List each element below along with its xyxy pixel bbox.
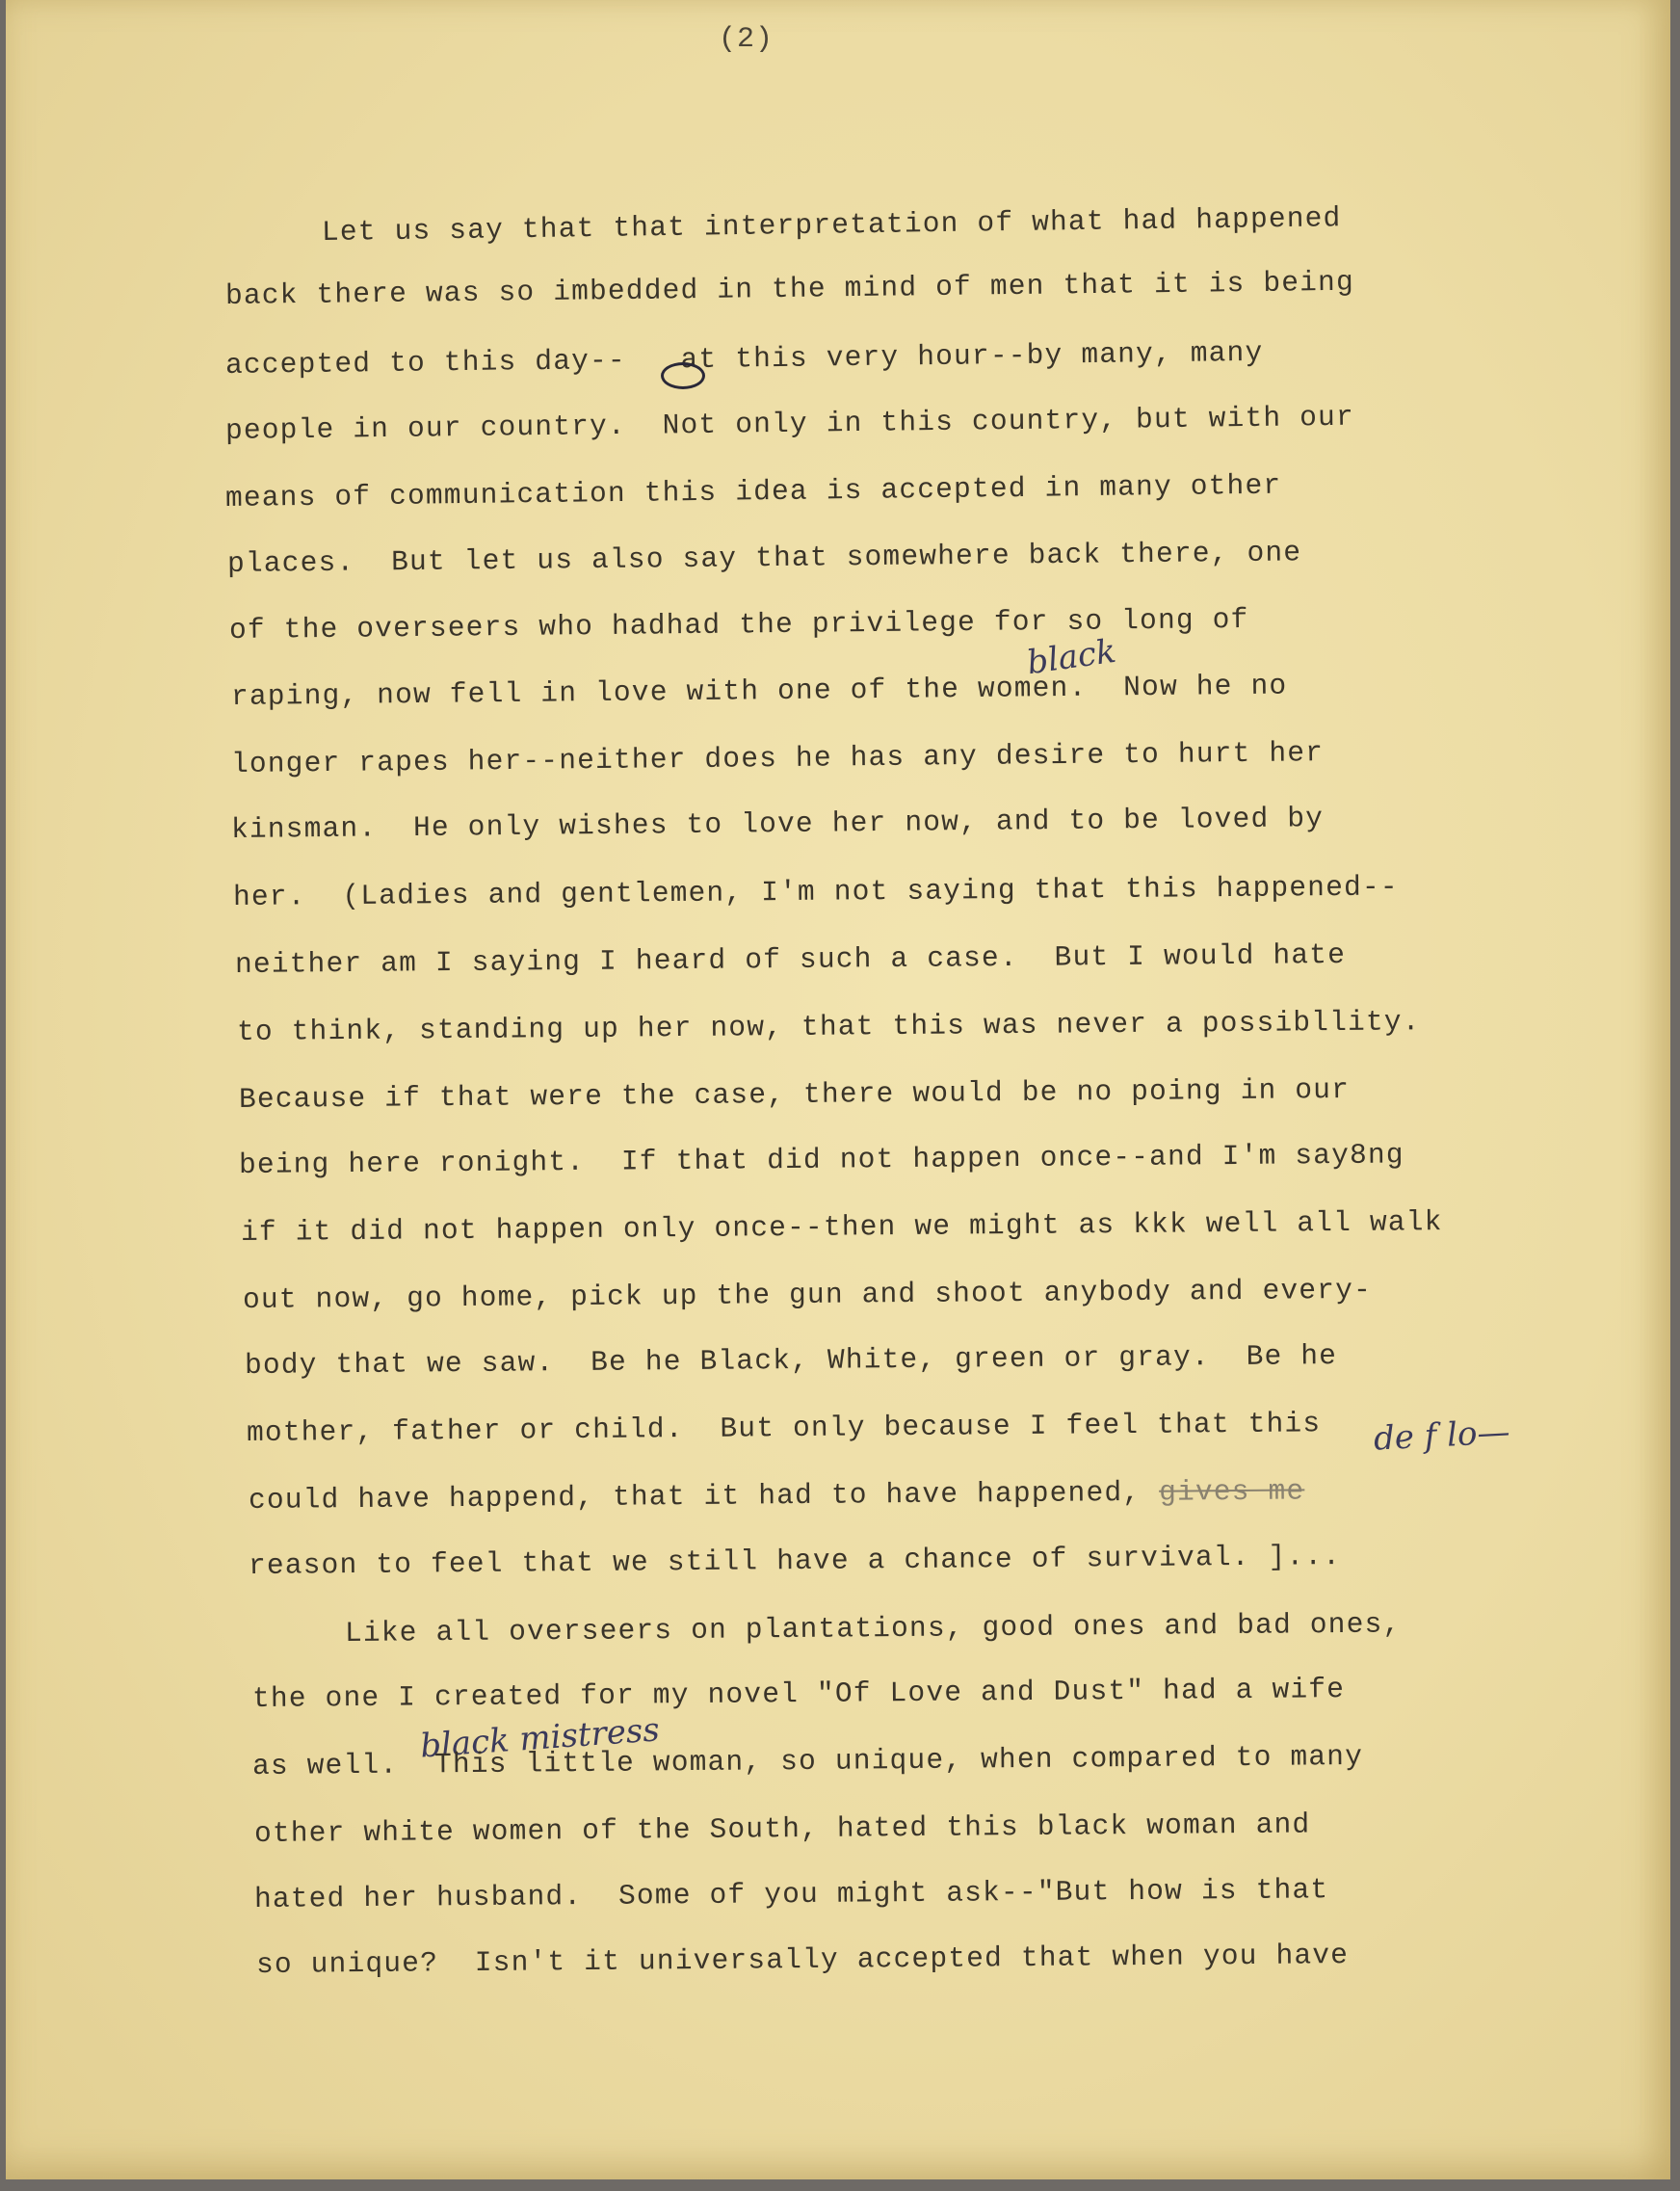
text-line-19: mother, father or child. But only becaus…	[247, 1407, 1322, 1449]
text-line-22: Like all overseers on plantations, good …	[345, 1607, 1402, 1650]
handwritten-margin-annotation: de f lo—	[1373, 1412, 1510, 1458]
text-line-2: back there was so imbedded in the mind o…	[225, 266, 1354, 312]
text-line-9: longer rapes her--neither does he has an…	[231, 736, 1324, 780]
struck-text: gives me	[1159, 1474, 1305, 1508]
text-line-25: other white women of the South, hated th…	[254, 1808, 1311, 1850]
text-line-23: the one I created for my novel "Of Love …	[252, 1673, 1345, 1715]
text-line-15: being here ronight. If that did not happ…	[239, 1138, 1404, 1181]
text-line-11: her. (Ladies and gentlemen, I'm not sayi…	[233, 870, 1399, 913]
text-line-8: raping, now fell in love with one of the…	[231, 670, 1288, 713]
text-line-1: Let us say that that interpretation of w…	[322, 201, 1342, 249]
text-line-12: neither am I saying I heard of such a ca…	[235, 938, 1346, 981]
text-line-13: to think, standing up her now, that this…	[237, 1005, 1421, 1048]
text-line-21: reason to feel that we still have a chan…	[249, 1540, 1341, 1582]
text-line-10: kinsman. He only wishes to love her now,…	[231, 802, 1324, 846]
scribble-mark	[661, 362, 705, 389]
text-line-24: as well. This little woman, so unique, w…	[252, 1740, 1363, 1782]
text-line-27: so unique? Isn't it universally accepted…	[256, 1939, 1349, 1981]
page-number: (2)	[719, 23, 774, 56]
text-line-20-main: could have happend, that it had to have …	[249, 1476, 1159, 1517]
text-line-6: places. But let us also say that somewhe…	[227, 536, 1302, 580]
text-line-4: people in our country. Not only in this …	[225, 401, 1354, 447]
text-line-20: could have happend, that it had to have …	[249, 1474, 1305, 1517]
text-line-26: hated her husband. Some of you might ask…	[254, 1873, 1329, 1915]
text-line-14: Because if that were the case, there wou…	[239, 1073, 1350, 1116]
text-line-18: body that we saw. Be he Black, White, gr…	[245, 1339, 1337, 1382]
text-line-17: out now, go home, pick up the gun and sh…	[243, 1274, 1372, 1316]
typed-manuscript-page: (2) Let us say that that interpretation …	[6, 0, 1670, 2179]
text-line-16: if it did not happen only once--then we …	[241, 1205, 1443, 1249]
text-line-5: means of communication this idea is acce…	[225, 469, 1282, 515]
text-line-3: accepted to this day-- at this very hour…	[225, 336, 1264, 382]
